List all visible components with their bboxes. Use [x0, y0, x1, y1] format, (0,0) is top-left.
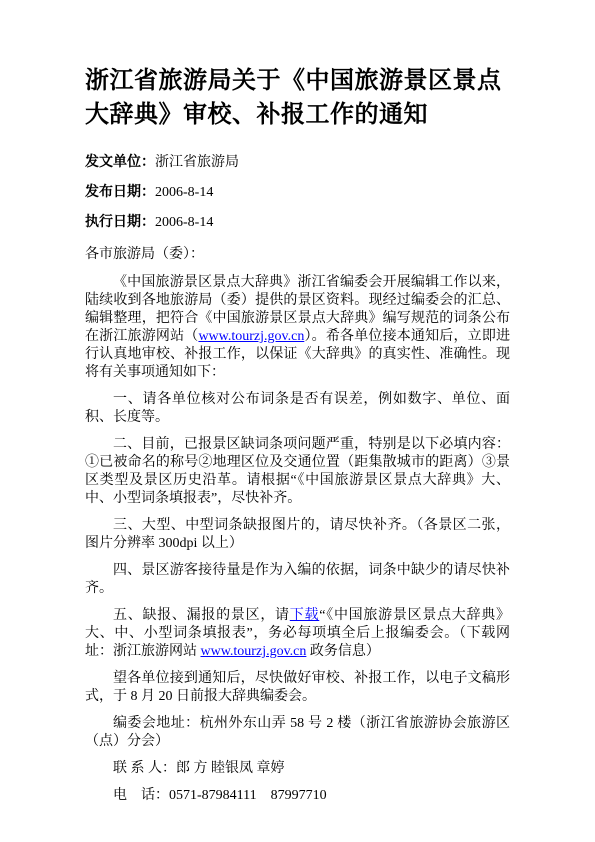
- meta-publish-date-value: 2006-8-14: [155, 185, 213, 200]
- download-link[interactable]: 下载: [290, 608, 319, 623]
- paragraph-item-2: 二、目前，已报景区缺词条项问题严重，特别是以下必填内容：①已被命名的称号②地理区…: [85, 436, 510, 508]
- meta-publish-date: 发布日期：2006-8-14: [85, 184, 510, 202]
- paragraph-intro: 《中国旅游景区景点大辞典》浙江省编委会开展编辑工作以来，陆续收到各地旅游局（委）…: [85, 274, 510, 382]
- meta-issuing-unit: 发文单位：浙江省旅游局: [85, 154, 510, 172]
- paragraph-closing: 望各单位接到通知后，尽快做好审校、补报工作，以电子文稿形式，于 8 月 20 日…: [85, 670, 510, 706]
- meta-section: 发文单位：浙江省旅游局 发布日期：2006-8-14 执行日期：2006-8-1…: [85, 154, 510, 232]
- text-run: 四、景区游客接待量是作为入编的依据，词条中缺少的请尽快补齐。: [85, 563, 510, 596]
- tourzj-website-link[interactable]: www.tourzj.gov.cn: [198, 329, 304, 344]
- text-run: 三、大型、中型词条缺报图片的，请尽快补齐。（各景区二张，图片分辨率 300dpi…: [85, 518, 510, 551]
- document-page: 浙江省旅游局关于《中国旅游景区景点大辞典》审校、补报工作的通知 发文单位：浙江省…: [0, 0, 595, 842]
- text-run: 电 话：0571-87984111 87997710: [113, 788, 327, 803]
- meta-issuing-unit-value: 浙江省旅游局: [155, 155, 239, 170]
- text-run: 政务信息）: [306, 644, 380, 659]
- meta-effective-date-label: 执行日期：: [85, 215, 155, 230]
- text-run: 望各单位接到通知后，尽快做好审校、补报工作，以电子文稿形式，于 8 月 20 日…: [85, 671, 510, 704]
- document-title: 浙江省旅游局关于《中国旅游景区景点大辞典》审校、补报工作的通知: [85, 64, 510, 132]
- paragraph-item-3: 三、大型、中型词条缺报图片的，请尽快补齐。（各景区二张，图片分辨率 300dpi…: [85, 517, 510, 553]
- text-run: 联 系 人：郎 方 睦银凤 章婷: [113, 761, 285, 776]
- text-run: 编委会地址：杭州外东山弄 58 号 2 楼（浙江省旅游协会旅游区（点）分会）: [85, 716, 510, 749]
- meta-publish-date-label: 发布日期：: [85, 185, 155, 200]
- paragraph-item-1: 一、请各单位核对公布词条是否有误差，例如数字、单位、面积、长度等。: [85, 391, 510, 427]
- meta-issuing-unit-label: 发文单位：: [85, 155, 155, 170]
- meta-effective-date-value: 2006-8-14: [155, 215, 213, 230]
- text-run: 二、目前，已报景区缺词条项问题严重，特别是以下必填内容：①已被命名的称号②地理区…: [85, 437, 510, 506]
- paragraph-phone: 电 话：0571-87984111 87997710: [85, 787, 510, 805]
- paragraph-item-4: 四、景区游客接待量是作为入编的依据，词条中缺少的请尽快补齐。: [85, 562, 510, 598]
- tourzj-website-link[interactable]: www.tourzj.gov.cn: [201, 644, 307, 659]
- paragraph-contacts: 联 系 人：郎 方 睦银凤 章婷: [85, 760, 510, 778]
- paragraph-address: 编委会地址：杭州外东山弄 58 号 2 楼（浙江省旅游协会旅游区（点）分会）: [85, 715, 510, 751]
- meta-effective-date: 执行日期：2006-8-14: [85, 214, 510, 232]
- text-run: 一、请各单位核对公布词条是否有误差，例如数字、单位、面积、长度等。: [85, 392, 510, 425]
- salutation: 各市旅游局（委）：: [85, 246, 510, 264]
- text-run: 五、缺报、漏报的景区，请: [113, 608, 290, 623]
- paragraph-item-5: 五、缺报、漏报的景区，请下载“《中国旅游景区景点大辞典》大、中、小型词条填报表”…: [85, 607, 510, 661]
